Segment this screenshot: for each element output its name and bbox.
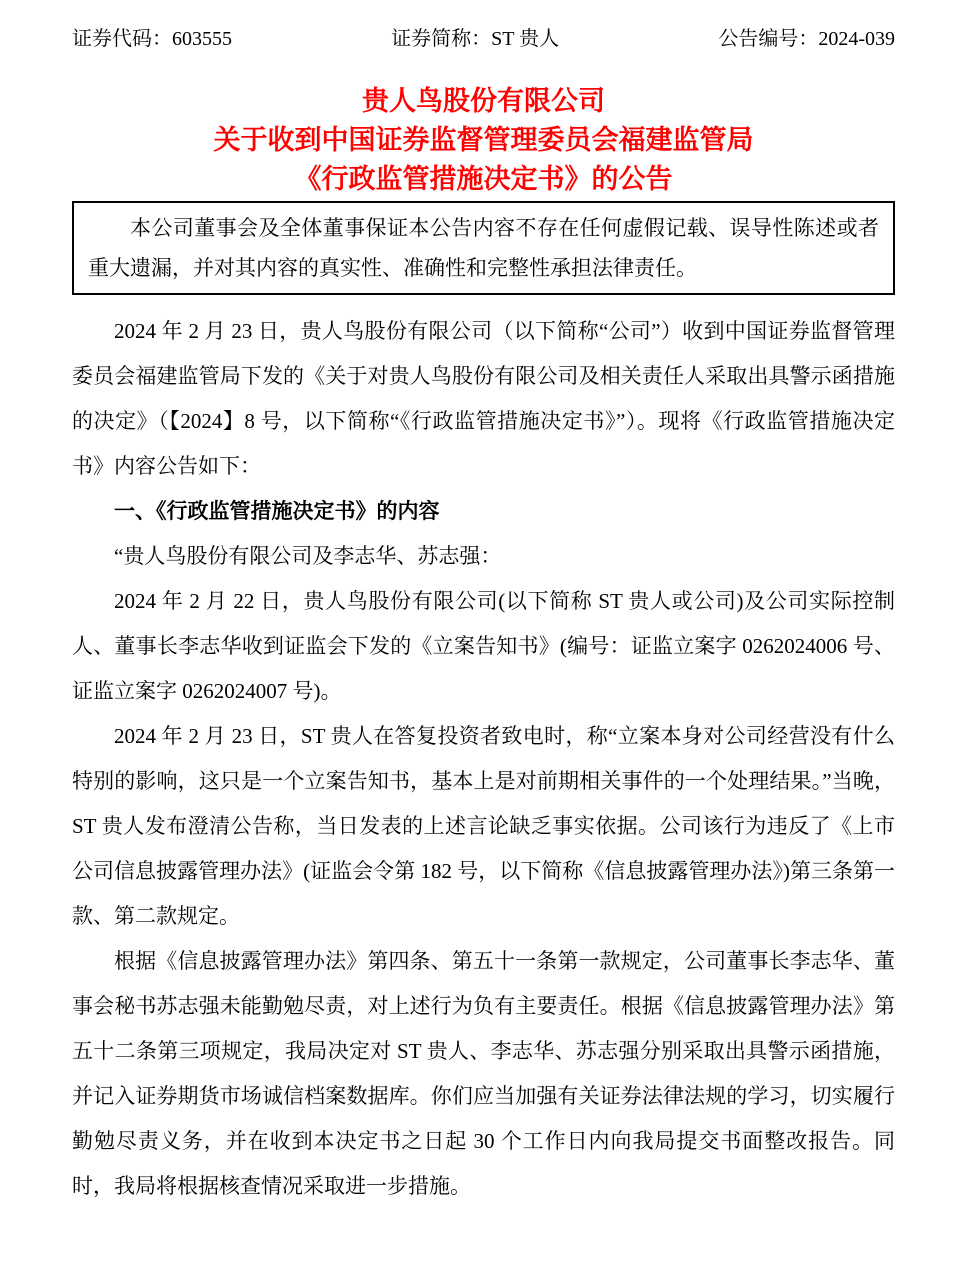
disclaimer-text: 本公司董事会及全体董事保证本公告内容不存在任何虚假记载、误导性陈述或者重大遗漏，… — [88, 208, 879, 288]
body-paragraph: 2024 年 2 月 22 日，贵人鸟股份有限公司(以下简称 ST 贵人或公司)… — [72, 579, 895, 714]
body-paragraph: 根据《信息披露管理办法》第四条、第五十一条第一款规定，公司董事长李志华、董事会秘… — [72, 939, 895, 1209]
document-body: 2024 年 2 月 23 日，贵人鸟股份有限公司（以下简称“公司”）收到中国证… — [72, 309, 895, 1209]
stock-code-label: 证券代码：603555 — [72, 26, 232, 52]
title-line-company: 贵人鸟股份有限公司 — [72, 82, 895, 121]
title-line-type: 《行政监管措施决定书》的公告 — [72, 160, 895, 199]
document-header: 证券代码：603555 证券简称：ST 贵人 公告编号：2024-039 — [72, 26, 895, 52]
stock-name-label: 证券简称：ST 贵人 — [391, 26, 559, 52]
body-paragraph: “贵人鸟股份有限公司及李志华、苏志强： — [72, 534, 895, 579]
body-paragraph: 2024 年 2 月 23 日，ST 贵人在答复投资者致电时，称“立案本身对公司… — [72, 714, 895, 939]
announcement-number-label: 公告编号：2024-039 — [718, 26, 895, 52]
document-page: 证券代码：603555 证券简称：ST 贵人 公告编号：2024-039 贵人鸟… — [0, 0, 969, 1261]
document-title: 贵人鸟股份有限公司 关于收到中国证券监督管理委员会福建监管局 《行政监管措施决定… — [72, 82, 895, 199]
title-line-subject: 关于收到中国证券监督管理委员会福建监管局 — [72, 121, 895, 160]
disclaimer-box: 本公司董事会及全体董事保证本公告内容不存在任何虚假记载、误导性陈述或者重大遗漏，… — [72, 201, 895, 295]
section-heading: 一、《行政监管措施决定书》的内容 — [72, 489, 895, 534]
body-paragraph: 2024 年 2 月 23 日，贵人鸟股份有限公司（以下简称“公司”）收到中国证… — [72, 309, 895, 489]
